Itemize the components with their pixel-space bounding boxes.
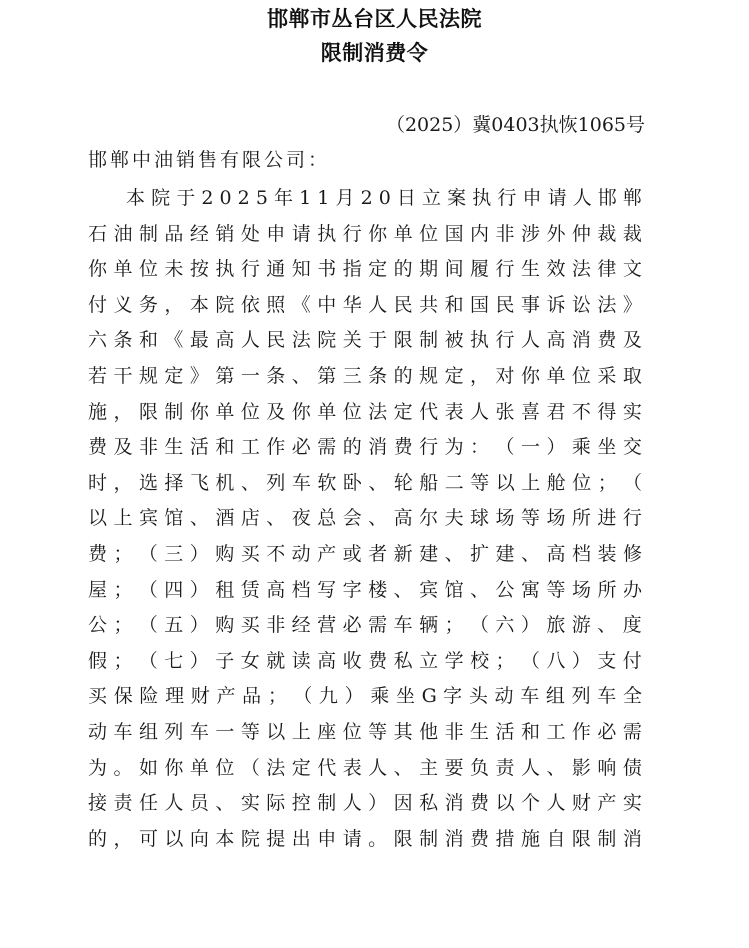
body-line: 买 保 险 理 财 产 品 ； （ 九 ） 乘 坐 G 字 头 动 车 组 列 … xyxy=(88,679,642,715)
body-line: 动 车 组 列 车 一 等 以 上 座 位 等 其 他 非 生 活 和 工 作 … xyxy=(88,715,642,751)
addressee: 邯郸中油销售有限公司： xyxy=(88,145,330,175)
body-line: 为 。 如 你 单 位 （ 法 定 代 表 人 、 主 要 负 责 人 、 影 … xyxy=(88,751,642,787)
court-name-heading: 邯郸市丛台区人民法院 xyxy=(0,4,749,34)
body-line: 施 ， 限 制 你 单 位 及 你 单 位 法 定 代 表 人 张 喜 君 不 … xyxy=(88,395,642,431)
body-line: 六 条 和 《 最 高 人 民 法 院 关 于 限 制 被 执 行 人 高 消 … xyxy=(88,323,642,359)
body-line: 付 义 务 ， 本 院 依 照 《 中 华 人 民 共 和 国 民 事 诉 讼 … xyxy=(88,288,642,324)
body-line: 你 单 位 未 按 执 行 通 知 书 指 定 的 期 间 履 行 生 效 法 … xyxy=(88,252,642,288)
body-line: 屋 ； （ 四 ） 租 赁 高 档 写 字 楼 、 宾 馆 、 公 寓 等 场 … xyxy=(88,573,642,609)
body-line: 费 ； （ 三 ） 购 买 不 动 产 或 者 新 建 、 扩 建 、 高 档 … xyxy=(88,537,642,573)
body-line: 若 干 规 定 》 第 一 条 、 第 三 条 的 规 定 ， 对 你 单 位 … xyxy=(88,359,642,395)
body-line: 石 油 制 品 经 销 处 申 请 执 行 你 单 位 国 内 非 涉 外 仲 … xyxy=(88,217,642,253)
body-line: 时 ， 选 择 飞 机 、 列 车 软 卧 、 轮 船 二 等 以 上 舱 位 … xyxy=(88,466,642,502)
body-line: 假 ； （ 七 ） 子 女 就 读 高 收 费 私 立 学 校 ； （ 八 ） … xyxy=(88,644,642,680)
document-title: 限制消费令 xyxy=(0,38,749,68)
body-line: 本 院 于 2 0 2 5 年 1 1 月 2 0 日 立 案 执 行 申 请 … xyxy=(88,181,642,217)
order-body: 本 院 于 2 0 2 5 年 1 1 月 2 0 日 立 案 执 行 申 请 … xyxy=(88,181,642,857)
body-line: 的 ， 可 以 向 本 院 提 出 申 请 。 限 制 消 费 措 施 自 限 … xyxy=(88,822,642,858)
body-line: 以 上 宾 馆 、 酒 店 、 夜 总 会 、 高 尔 夫 球 场 等 场 所 … xyxy=(88,501,642,537)
document-page: 邯郸市丛台区人民法院 限制消费令 （2025）冀0403执恢1065号 邯郸中油… xyxy=(0,0,749,948)
body-line: 接 责 任 人 员 、 实 际 控 制 人 ） 因 私 消 费 以 个 人 财 … xyxy=(88,786,642,822)
case-number: （2025）冀0403执恢1065号 xyxy=(386,110,645,140)
body-line: 公 ； （ 五 ） 购 买 非 经 营 必 需 车 辆 ； （ 六 ） 旅 游 … xyxy=(88,608,642,644)
body-line: 费 及 非 生 活 和 工 作 必 需 的 消 费 行 为 ： （ 一 ） 乘 … xyxy=(88,430,642,466)
